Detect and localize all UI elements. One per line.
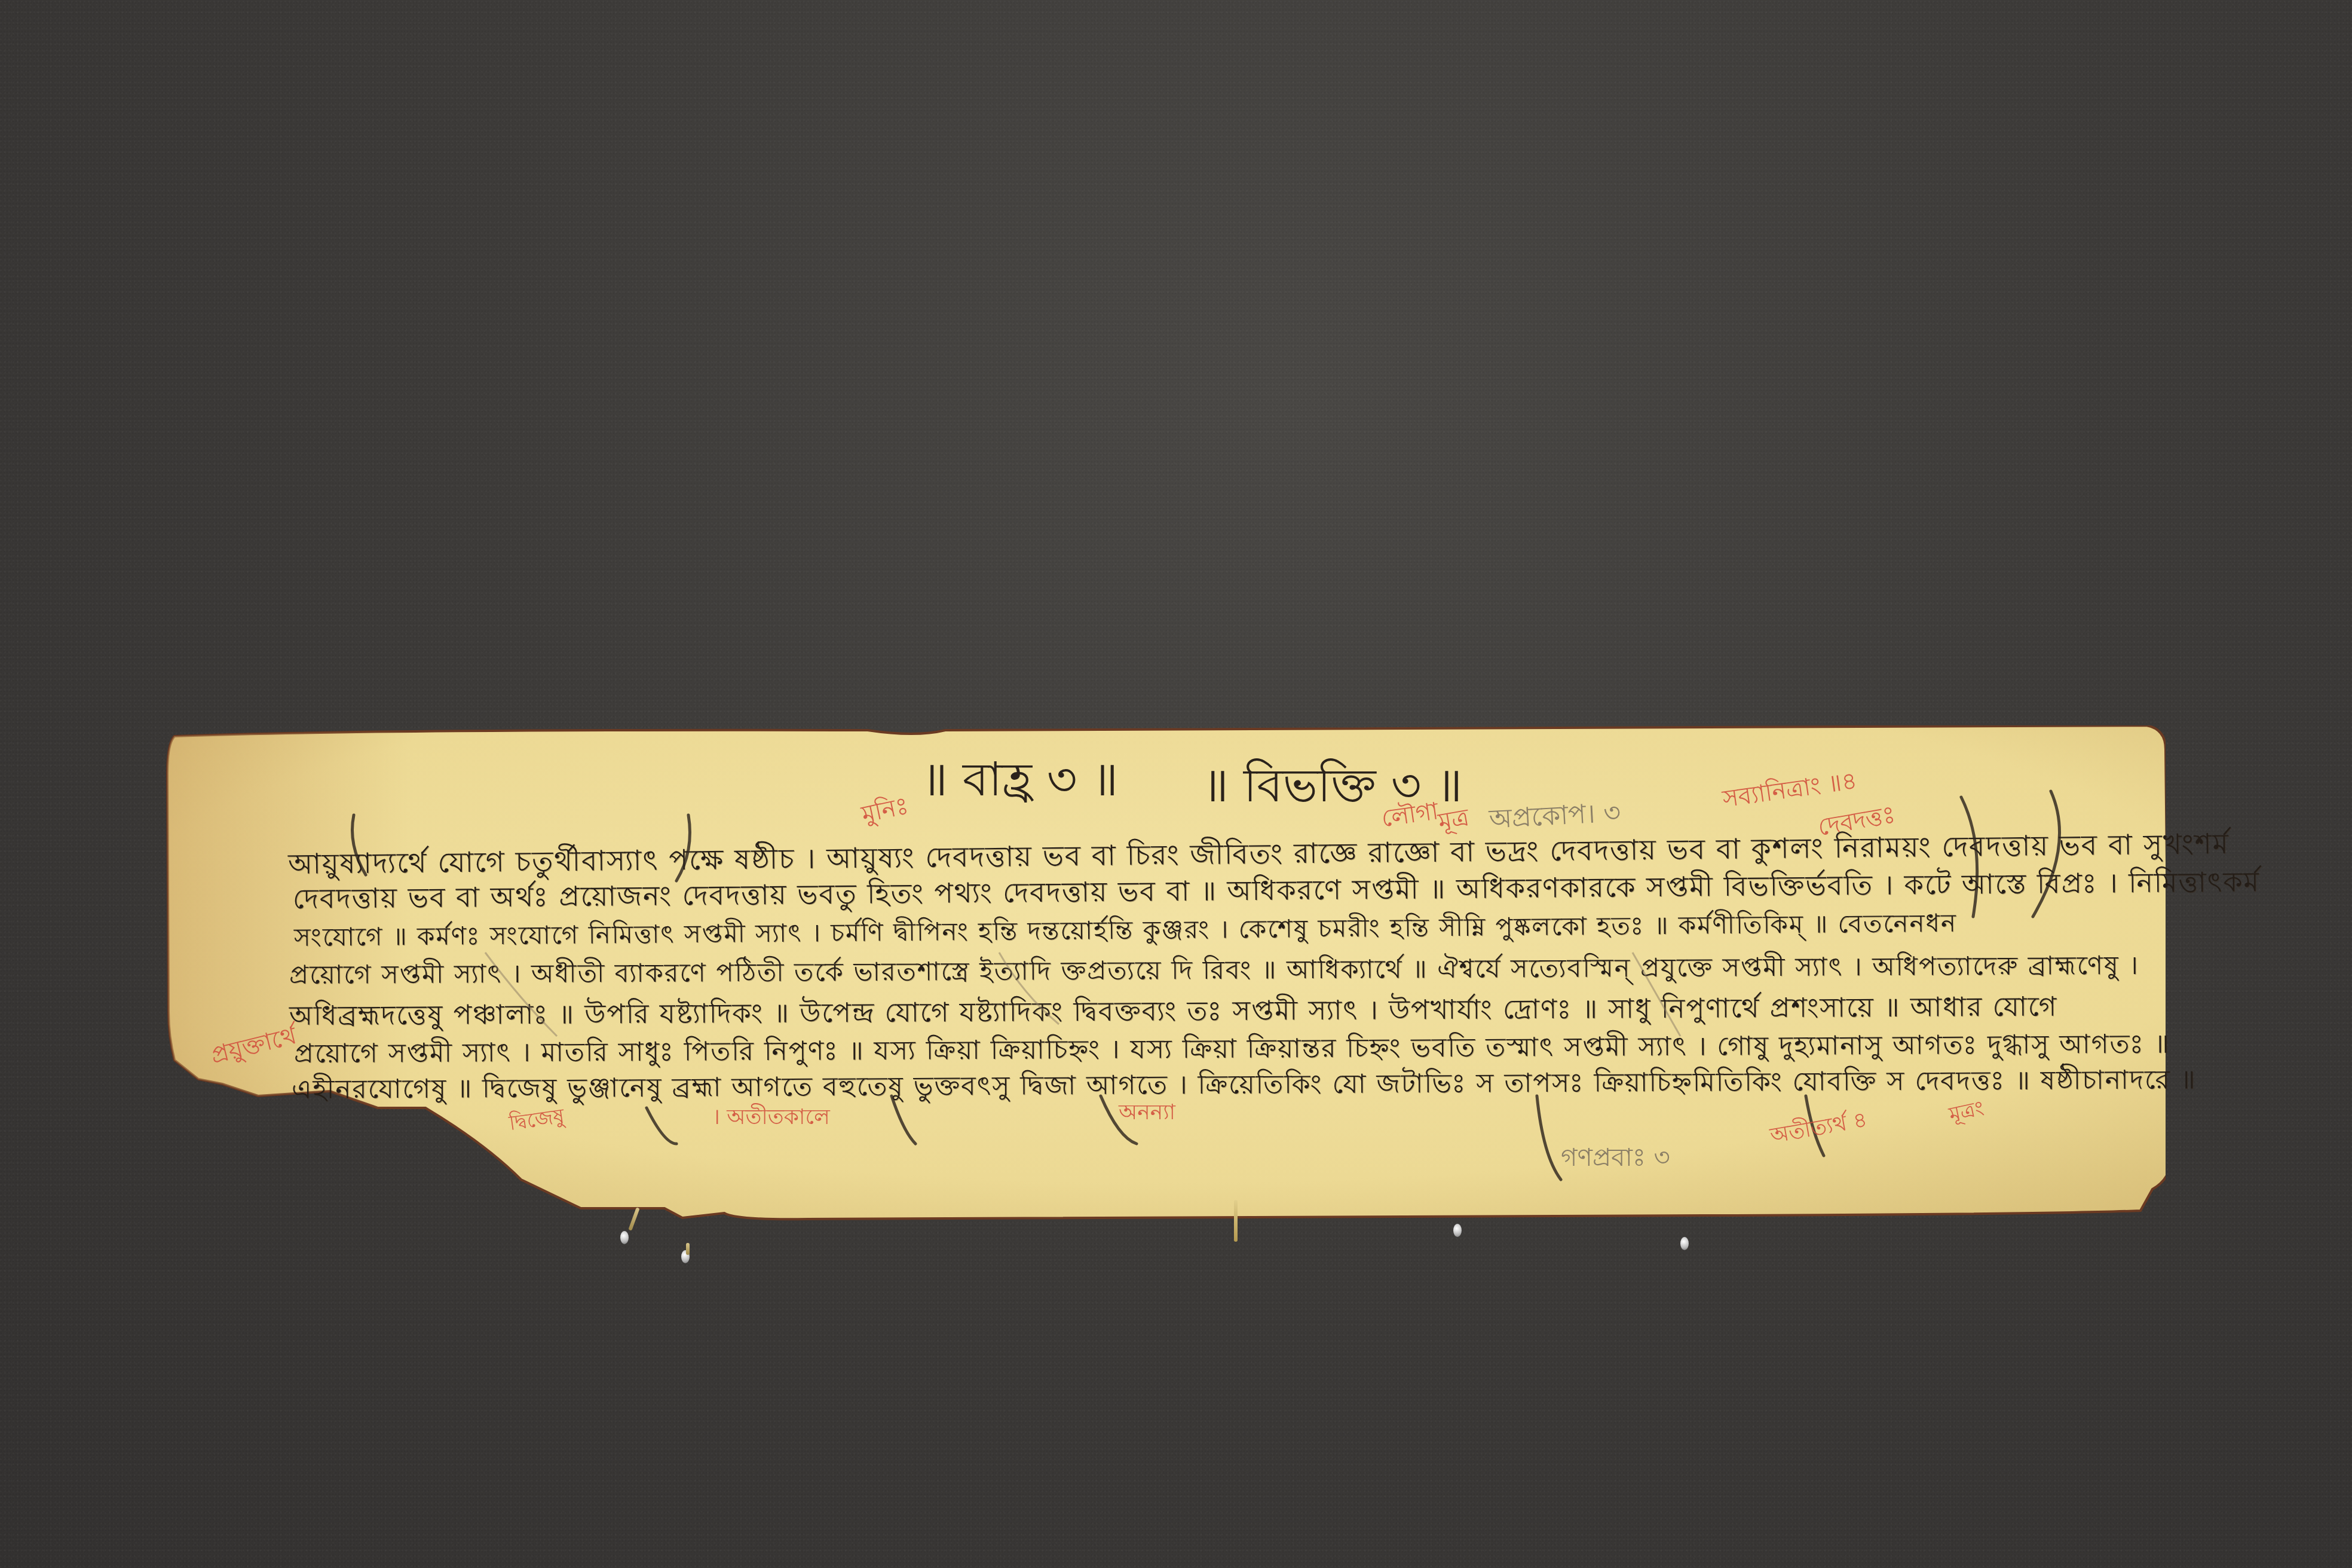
gloss-red-8: । অতীতকালে xyxy=(712,1101,830,1137)
header-left-mark: ॥ বাহ্র ৩ ॥ xyxy=(921,743,1118,821)
pin-head-1 xyxy=(620,1231,629,1244)
gloss-red-3: মূত্র xyxy=(1435,798,1472,843)
manuscript-leaf: ॥ বাহ্র ৩ ॥ ॥ বিভক্তি ৩ ॥ আয়ুষ্যাদ্যর্থ… xyxy=(151,725,2166,1244)
pin-2 xyxy=(686,1243,690,1255)
gloss-red-11: মূত্রং xyxy=(1946,1093,1987,1134)
gloss-red-2: লৌগা xyxy=(1379,792,1441,840)
pin-3 xyxy=(1234,1200,1238,1242)
gloss-grey-1: অপ্রকোপ। ৩ xyxy=(1488,792,1622,843)
gloss-grey-2: গণপ্রবাঃ ৩ xyxy=(1561,1138,1670,1180)
pin-head-3 xyxy=(1453,1224,1462,1237)
gloss-red-9: অনন্যা xyxy=(1119,1096,1175,1132)
pin-head-4 xyxy=(1680,1237,1689,1250)
